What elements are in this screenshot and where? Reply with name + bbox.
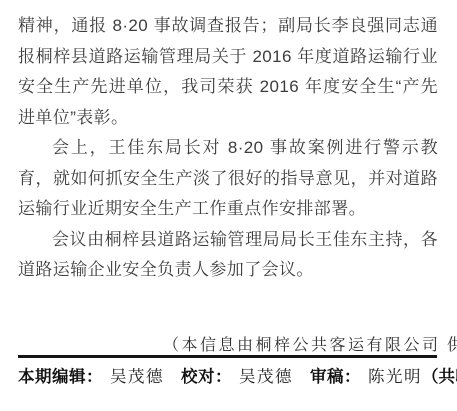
- footer-divider: [18, 355, 437, 358]
- paragraph-3: 会议由桐梓县道路运输管理局局长王佳东主持，各道路运输企业安全负责人参加了会议。: [18, 225, 438, 286]
- editor-label: 本期编辑：: [18, 363, 103, 387]
- document-body: 精神，通报 8·20 事故调查报告；副局长李良强同志通报桐梓县道路运输管理局关于…: [0, 0, 457, 355]
- proofread-label: 校对：: [181, 363, 232, 387]
- review-name: 陈光明: [368, 363, 422, 387]
- paragraph-1: 精神，通报 8·20 事故调查报告；副局长李良强同志通报桐梓县道路运输管理局关于…: [18, 11, 438, 133]
- editor-group: 本期编辑： 吴茂德: [18, 363, 164, 387]
- footer-credits: 本期编辑： 吴茂德 校对： 吴茂德 审稿： 陈光明 （共印2份）: [18, 363, 437, 387]
- proofread-name: 吴茂德: [239, 363, 293, 387]
- document-footer: 本期编辑： 吴茂德 校对： 吴茂德 审稿： 陈光明 （共印2份）: [18, 355, 437, 387]
- paragraph-2: 会上，王佳东局长对 8·20 事故案例进行警示教育，就如何抓安全生产淡了很好的指…: [18, 133, 438, 225]
- editor-name: 吴茂德: [110, 363, 164, 387]
- review-label: 审稿：: [310, 363, 361, 387]
- document-page: 精神，通报 8·20 事故调查报告；副局长李良强同志通报桐梓县道路运输管理局关于…: [0, 0, 457, 411]
- print-copies-note: （共印2份）: [422, 363, 457, 387]
- attribution-line: （本信息由桐梓公共客运有限公司 供稿）: [163, 332, 438, 355]
- review-group: 审稿： 陈光明: [310, 363, 422, 387]
- proofread-group: 校对： 吴茂德: [181, 363, 293, 387]
